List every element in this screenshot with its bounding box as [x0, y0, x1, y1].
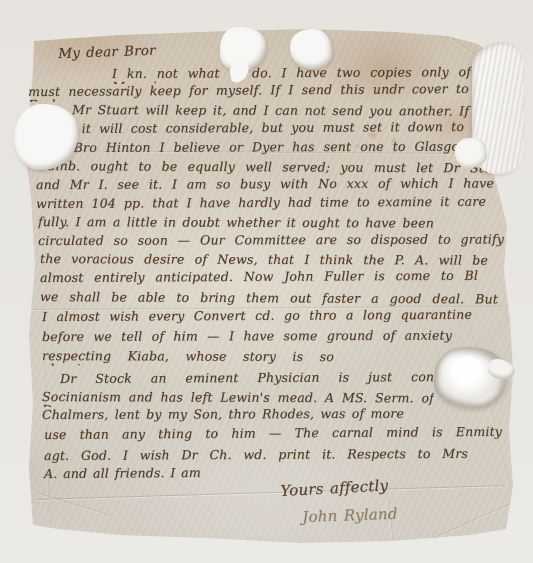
letter-line: circulated so soon — Our Committee are s… [38, 233, 504, 251]
letter-line: respecting Kiaba, whose story is so plea… [42, 350, 334, 367]
letter-line: must necessarily keep for myself. If I s… [28, 83, 498, 102]
letter-line: use than any thing to him — The carnal m… [44, 426, 502, 445]
letter-line: before we tell of him — I have some grou… [42, 330, 452, 347]
letter-line: A. and all friends. I am [44, 467, 201, 481]
letter-line: — Bro Hinton I believe or Dyer has sent … [52, 141, 470, 158]
letter-line: Socinianism and has left Lewin's mead. A… [42, 391, 434, 408]
letter-line: Edinb. ought to be equally well served; … [38, 160, 500, 178]
letter-line: agt. God. I wish Dr Ch. wd. print it. Re… [44, 448, 468, 466]
letter-line: Mr Stuart will keep it, and I can not se… [72, 104, 502, 122]
photo-backdrop: My dear Bror I kn. not what to do. I hav… [0, 0, 533, 563]
letter-line: written 104 pp. that I have hardly had t… [36, 196, 486, 214]
letter-line: fully. I am a little in doubt whether it… [38, 216, 434, 233]
letter-line: it it will cost considerable, but you mu… [64, 121, 464, 139]
letter-salutation: My dear Bror [58, 45, 156, 62]
torn-patch-top-center-right [290, 29, 332, 69]
letter-line: almost entirely anticipated. Now John Fu… [40, 270, 478, 288]
torn-patch-right-middle [434, 347, 506, 407]
fold-crease [428, 501, 516, 541]
letter-line: Chalmers, lent by my Son, thro Rhodes, w… [42, 408, 404, 425]
letter-line: and Mr I. see it. I am so busy with No x… [36, 177, 494, 195]
letter-line: the voracious desire of News, that I thi… [40, 253, 488, 271]
fold-crease [36, 485, 504, 500]
torn-patch-right-edge [472, 42, 524, 174]
letter-line: we shall be able to bring them out faste… [40, 291, 498, 309]
letter-signature: John Ryland [302, 507, 398, 525]
letter-line: I almost wish every Convert cd. go thro … [42, 309, 472, 327]
photo-of-letter: { "scene": { "description": "Photograph … [0, 0, 533, 563]
